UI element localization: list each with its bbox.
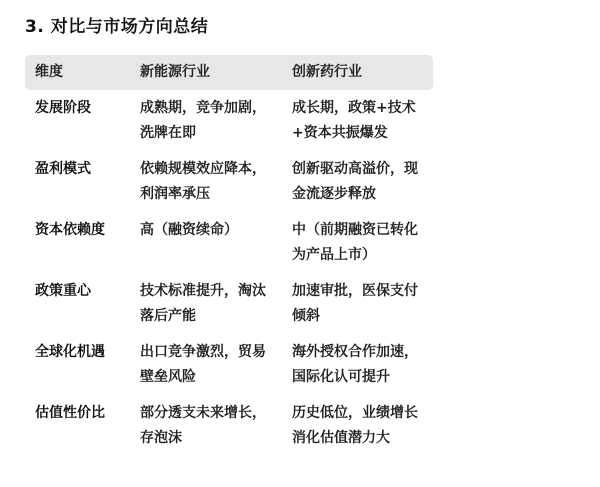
table-row: 全球化机遇 出口竞争激烈，贸易壁垒风险 海外授权合作加速，国际化认可提升 xyxy=(25,340,433,389)
table-row: 资本依赖度 高（融资续命） 中（前期融资已转化为产品上市） xyxy=(25,218,433,267)
header-new-energy: 新能源行业 xyxy=(139,60,291,85)
row-new-energy: 部分透支未来增长，存泡沫 xyxy=(139,401,291,450)
row-innovative-drug: 成长期，政策+技术+资本共振爆发 xyxy=(291,96,433,145)
row-innovative-drug: 加速审批，医保支付倾斜 xyxy=(291,279,433,328)
table-row: 发展阶段 成熟期，竞争加剧，洗牌在即 成长期，政策+技术+资本共振爆发 xyxy=(25,96,433,145)
row-dimension: 发展阶段 xyxy=(25,96,139,121)
row-dimension: 资本依赖度 xyxy=(25,218,139,243)
row-dimension: 全球化机遇 xyxy=(25,340,139,365)
row-new-energy: 出口竞争激烈，贸易壁垒风险 xyxy=(139,340,291,389)
table-row: 政策重心 技术标准提升，淘汰落后产能 加速审批，医保支付倾斜 xyxy=(25,279,433,328)
row-new-energy: 依赖规模效应降本，利润率承压 xyxy=(139,157,291,206)
row-new-energy: 成熟期，竞争加剧，洗牌在即 xyxy=(139,96,291,145)
row-innovative-drug: 海外授权合作加速，国际化认可提升 xyxy=(291,340,433,389)
section-title: 3. 对比与市场方向总结 xyxy=(25,12,208,37)
row-innovative-drug: 中（前期融资已转化为产品上市） xyxy=(291,218,433,267)
row-dimension: 盈利模式 xyxy=(25,157,139,182)
table-header: 维度 新能源行业 创新药行业 xyxy=(25,55,433,90)
header-dimension: 维度 xyxy=(25,60,139,85)
table-row: 盈利模式 依赖规模效应降本，利润率承压 创新驱动高溢价，现金流逐步释放 xyxy=(25,157,433,206)
row-new-energy: 技术标准提升，淘汰落后产能 xyxy=(139,279,291,328)
row-dimension: 政策重心 xyxy=(25,279,139,304)
row-innovative-drug: 历史低位，业绩增长消化估值潜力大 xyxy=(291,401,433,450)
row-new-energy: 高（融资续命） xyxy=(139,218,291,243)
header-innovative-drug: 创新药行业 xyxy=(291,60,433,85)
row-dimension: 估值性价比 xyxy=(25,401,139,426)
table-row: 估值性价比 部分透支未来增长，存泡沫 历史低位，业绩增长消化估值潜力大 xyxy=(25,401,433,450)
comparison-table: 维度 新能源行业 创新药行业 发展阶段 成熟期，竞争加剧，洗牌在即 成长期，政策… xyxy=(25,55,433,450)
row-innovative-drug: 创新驱动高溢价，现金流逐步释放 xyxy=(291,157,433,206)
